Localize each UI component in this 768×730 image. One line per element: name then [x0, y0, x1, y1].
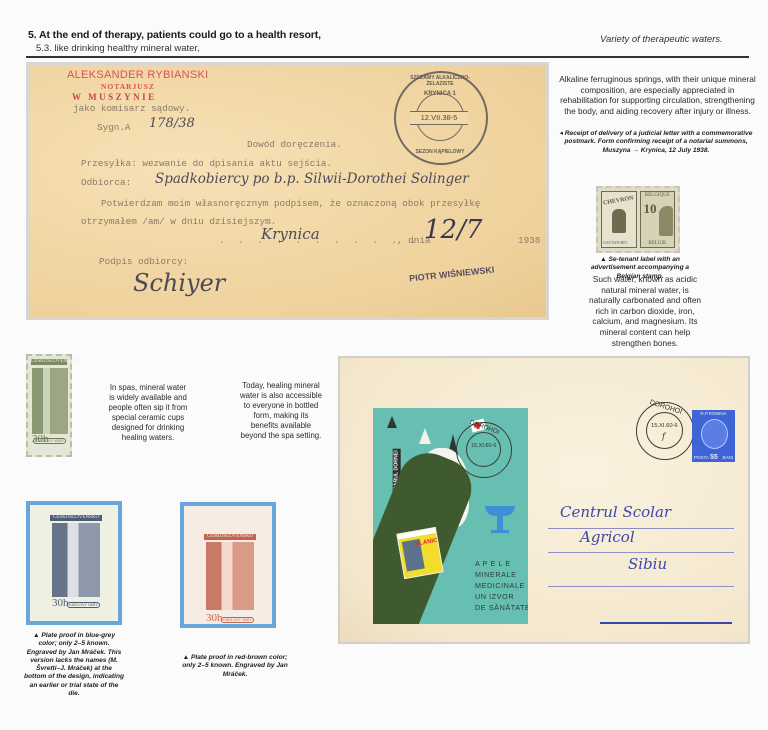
postmark-outer-text: SZCZAWY ALKALICZNO-ŻELAZISTE	[402, 75, 478, 87]
proof-stamp-design: ČESKOSLOVENSKO 30h KARLOVY VARY	[50, 515, 102, 615]
postmark-date: 12.VII.38-5	[410, 111, 468, 125]
spas-text: In spas, mineral water is widely availab…	[108, 383, 188, 443]
notary-name-stamp: ALEKSANDER RYBIANSKI	[67, 69, 209, 81]
section-subtitle: 5.3. like drinking healthy mineral water…	[36, 43, 200, 54]
postmark-town: KRYNICA 1	[424, 91, 456, 97]
year: 1938	[518, 235, 540, 246]
notary-place-stamp: W MUSZYNIE	[72, 92, 157, 102]
sygn-label: Sygn.A	[97, 122, 130, 133]
left-arrow-icon: ◂	[560, 130, 563, 137]
address-underline	[600, 622, 732, 624]
confirm-line-2: otrzymałem /am/ w dniu dzisiejszym.	[81, 216, 276, 227]
up-arrow-icon: ▲	[183, 654, 190, 661]
acidic-water-text: Such water, known as acidic natural mine…	[586, 274, 704, 348]
notary-role-stamp: NOTARJUSZ	[101, 82, 155, 91]
signature-label: Podpis odbiorcy:	[99, 256, 188, 267]
address-line-1: Centrul Scolar	[560, 503, 671, 521]
bottled-water-text: Today, healing mineral water is also acc…	[240, 381, 322, 441]
tree-icon	[387, 416, 397, 428]
address-line-3: Sibiu	[628, 555, 667, 573]
up-arrow-icon: ▲	[33, 632, 40, 639]
krynica-postmark: KRYNICA 1 12.VII.38-5 SZCZAWY ALKALICZNO…	[394, 71, 488, 165]
coat-of-arms-icon	[701, 419, 728, 449]
belgian-10c-stamp: BELGIQUE 10 BELGIE	[640, 191, 676, 248]
dorohoi-postmark: DOROHOI 15.XI.60-6 f	[636, 402, 694, 460]
czech-karlovy-vary-stamp-green: ČESKOSLOVENSKO 30h KARLOVY VARY	[26, 354, 72, 457]
drinking-cup-icon	[485, 506, 515, 516]
ad-slogan: A P E L E MINERALE MEDICINALE UN IZVOR D…	[475, 558, 528, 613]
proof-stamp-design: ČESKOSLOVENSKO 30h KARLOVY VARY	[204, 534, 256, 626]
postmark-bottom-text: SEZON KĄPIELOWY	[402, 149, 478, 155]
romanian-55-bani-stamp: R.P.ROMINA POSTA 55 BANI	[692, 410, 735, 462]
ceres-illustration	[659, 206, 673, 236]
spa-colonnade-illustration	[32, 368, 68, 434]
date-handwritten: 12/7	[424, 215, 482, 245]
up-arrow-icon: ▲	[600, 256, 607, 263]
receipt-caption: ◂ Receipt of delivery of a judicial lett…	[556, 130, 756, 155]
romanian-postal-envelope: CACIULATA • HEBE • MALNAS • SLANIC • SAR…	[338, 356, 750, 644]
blue-grey-proof-caption: ▲ Plate proof in blue-grey color; only 2…	[24, 632, 124, 698]
plate-proof-red-brown: ČESKOSLOVENSKO 30h KARLOVY VARY	[180, 502, 276, 628]
odbiorca-value: Spadkobiercy po b.p. Silwii-Dorothei Sol…	[155, 171, 469, 187]
przesylka-line: Przesyłka: wezwanie do dpisania aktu sej…	[81, 158, 332, 169]
plate-proof-blue-grey: ČESKOSLOVENSKO 30h KARLOVY VARY	[26, 501, 122, 625]
document-title: Dowód doręczenia.	[247, 139, 342, 150]
bottle-label: SLANIC	[396, 527, 443, 579]
postman-stamp: PIOTR WIŚNIEWSKI	[409, 265, 495, 284]
red-brown-proof-caption: ▲ Plate proof in red-brown color; only 2…	[180, 654, 290, 679]
chevron-advert-label: CHEVRON GAZ NATUREL	[601, 191, 637, 248]
sygn-value: 178/38	[149, 116, 195, 131]
odbiorca-label: Odbiorca:	[81, 177, 131, 188]
section-title: 5. At the end of therapy, patients could…	[28, 29, 321, 41]
header-rule	[26, 56, 749, 58]
dorohoi-postmark-ad: 15.XI.60-6 DOROHOI	[456, 422, 512, 478]
address-line-2: Agricol	[580, 528, 635, 546]
confirm-line-1: Potwierdzam moim własnoręcznym podpisem,…	[101, 198, 480, 209]
commissioner-line: jako komisarz sądowy.	[73, 103, 190, 114]
figure-illustration	[612, 209, 626, 233]
polish-delivery-receipt: ALEKSANDER RYBIANSKI NOTARJUSZ W MUSZYNI…	[26, 62, 549, 320]
alkaline-springs-text: Alkaline ferruginous springs, with their…	[556, 74, 759, 116]
tree-icon	[419, 428, 431, 444]
page-theme-title: Variety of therapeutic waters.	[600, 34, 723, 45]
belgian-se-tenant-pair: CHEVRON GAZ NATUREL BELGIQUE 10 BELGIE	[596, 186, 680, 253]
recipient-signature: Schiyer	[133, 269, 225, 297]
